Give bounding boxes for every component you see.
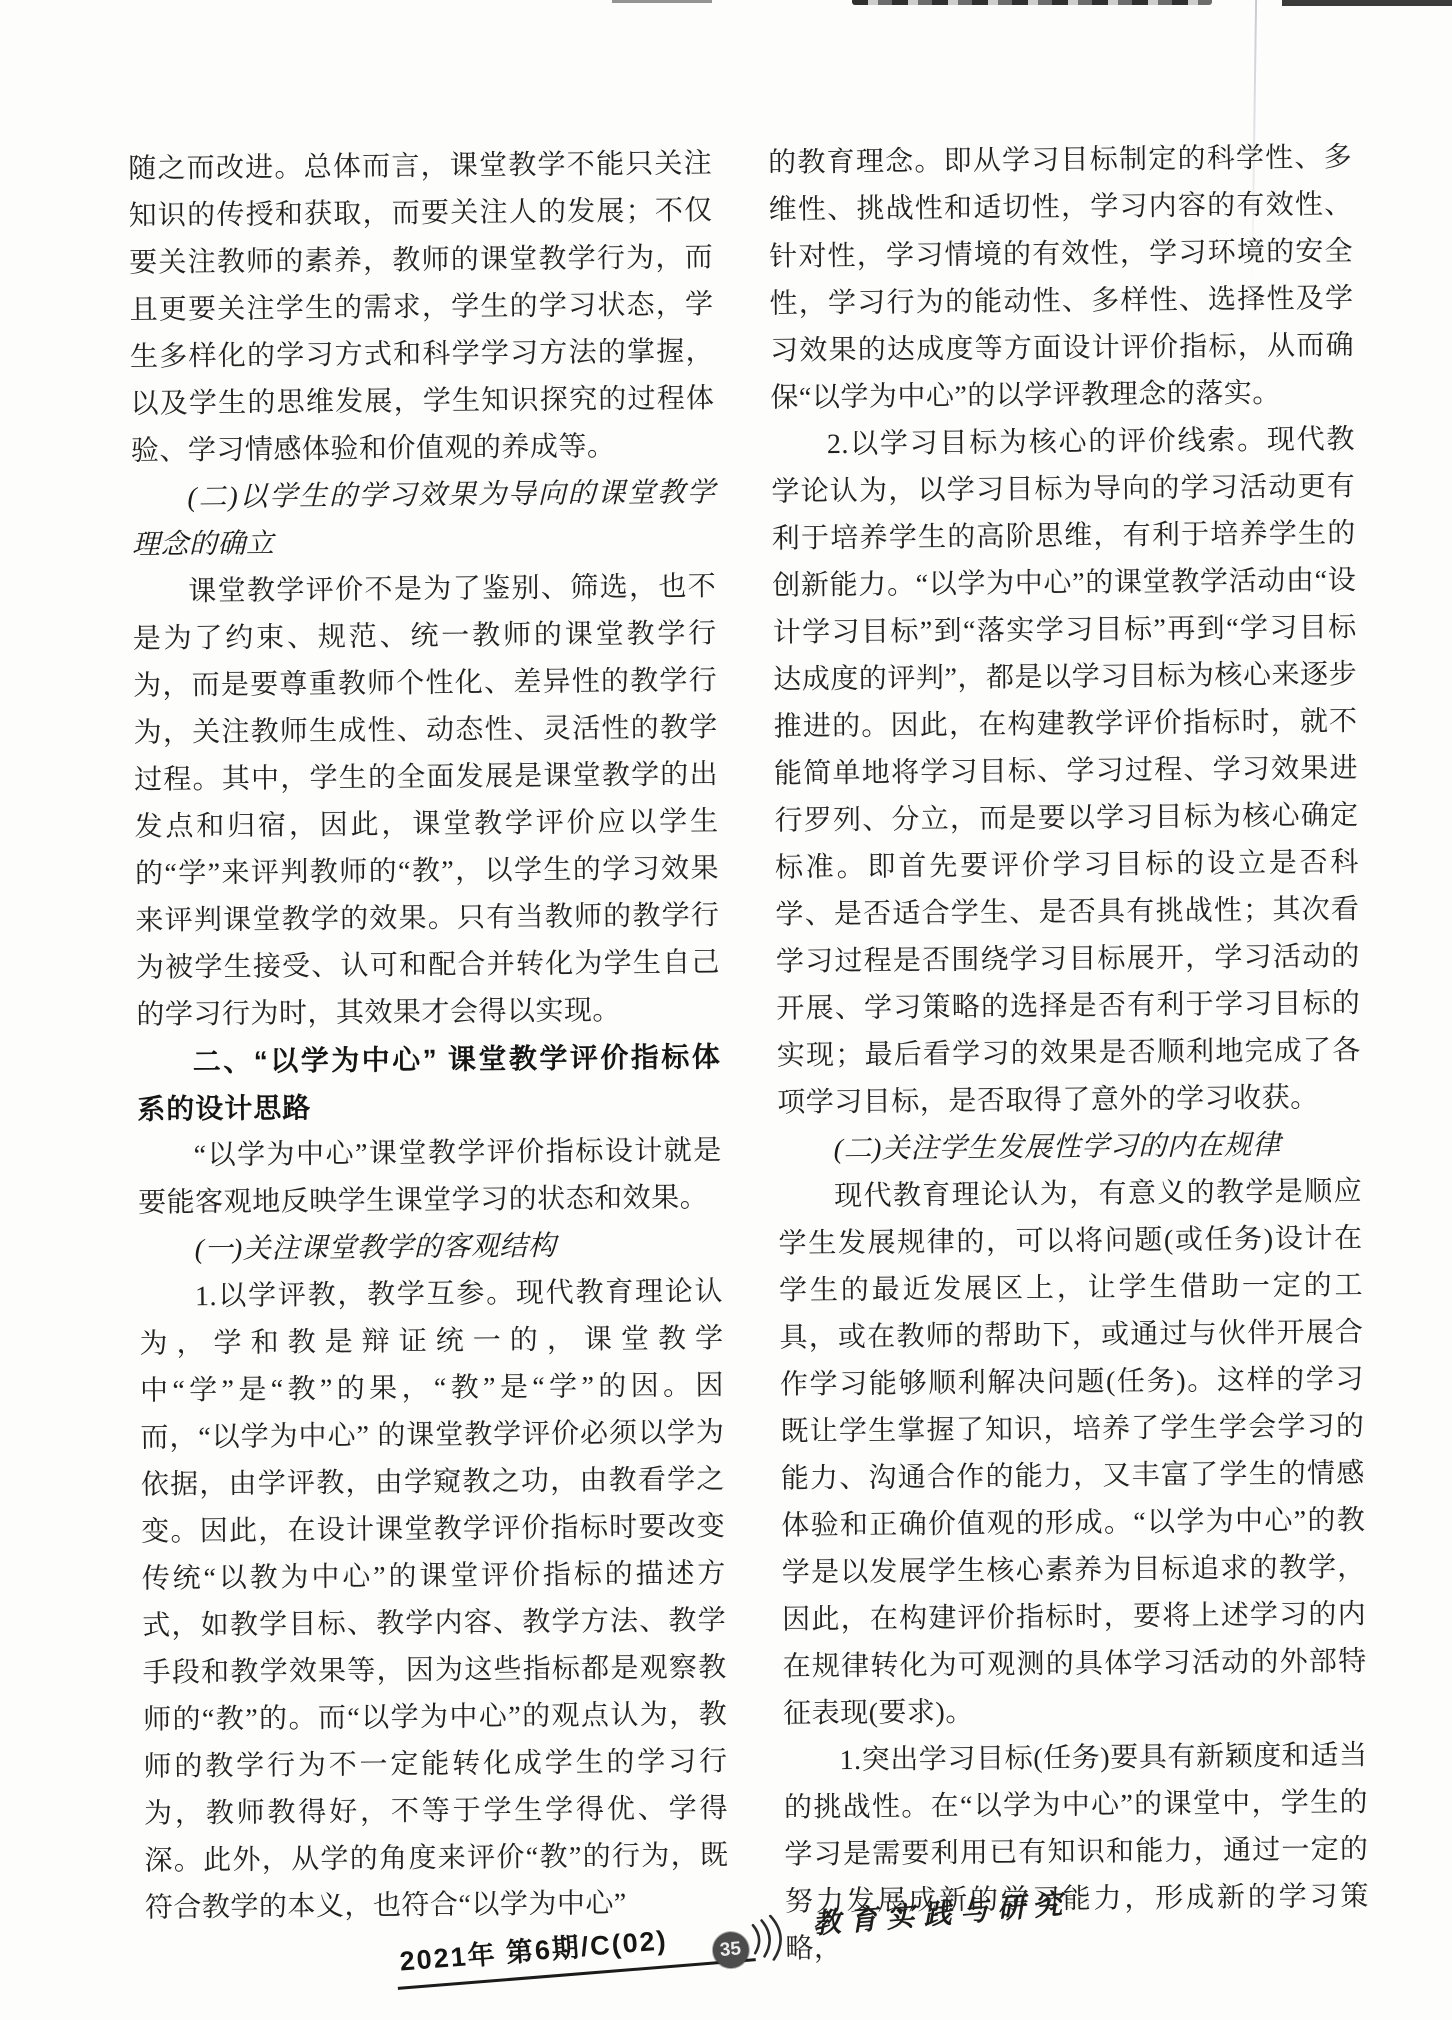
section-heading: 二、“以学为中心” 课堂教学评价指标体系的设计思路 — [137, 1033, 722, 1133]
paragraph: 2.以学习目标为核心的评价线索。现代教学论认为，以学习目标为导向的学习活动更有利… — [771, 416, 1362, 1127]
right-column: 的教育理念。即从学习目标制定的科学性、多维性、挑战性和适切性，学习内容的有效性、… — [768, 134, 1370, 1973]
scan-artifact-top-left — [612, 0, 712, 3]
section-heading: (一)关注课堂教学的客观结构 — [138, 1221, 722, 1274]
paragraph: 课堂教学评价不是为了鉴别、筛选，也不是为了约束、规范、统一教师的课堂教学行为，而… — [132, 563, 720, 1039]
scanned-journal-page: 随之而改进。总体而言，课堂教学不能只关注知识的传授和获取，而要关注人的发展；不仅… — [0, 0, 1452, 2020]
paragraph: 现代教育理论认为，有意义的教学是顺应学生发展规律的，可以将问题(或任务)设计在学… — [778, 1168, 1367, 1738]
left-column: 随之而改进。总体而言，课堂教学不能只关注知识的传授和获取，而要关注人的发展；不仅… — [128, 140, 730, 1979]
badge-arcs-icon — [746, 1913, 790, 1967]
scan-artifact-top-right — [1282, 0, 1452, 6]
paragraph: 随之而改进。总体而言，课堂教学不能只关注知识的传授和获取，而要关注人的发展；不仅… — [128, 140, 715, 475]
paragraph: “以学为中心”课堂教学评价指标设计就是要能客观地反映学生课堂学习的状态和效果。 — [138, 1127, 723, 1227]
paragraph: 1.以学评教，教学互参。现代教育理论认为，学和教是辩证统一的，课堂教学中“学”是… — [139, 1268, 729, 1932]
paragraph: 的教育理念。即从学习目标制定的科学性、多维性、挑战性和适切性，学习内容的有效性、… — [768, 134, 1355, 422]
scan-artifact-top-middle — [852, 0, 1212, 5]
section-heading: (二)关注学生发展性学习的内在规律 — [777, 1121, 1361, 1174]
text-body: 随之而改进。总体而言，课堂教学不能只关注知识的传授和获取，而要关注人的发展；不仅… — [128, 134, 1370, 1979]
page-number-badge: 35 — [711, 1931, 750, 1970]
section-heading: (二)以学生的学习效果为导向的课堂教学理念的确立 — [131, 469, 716, 569]
